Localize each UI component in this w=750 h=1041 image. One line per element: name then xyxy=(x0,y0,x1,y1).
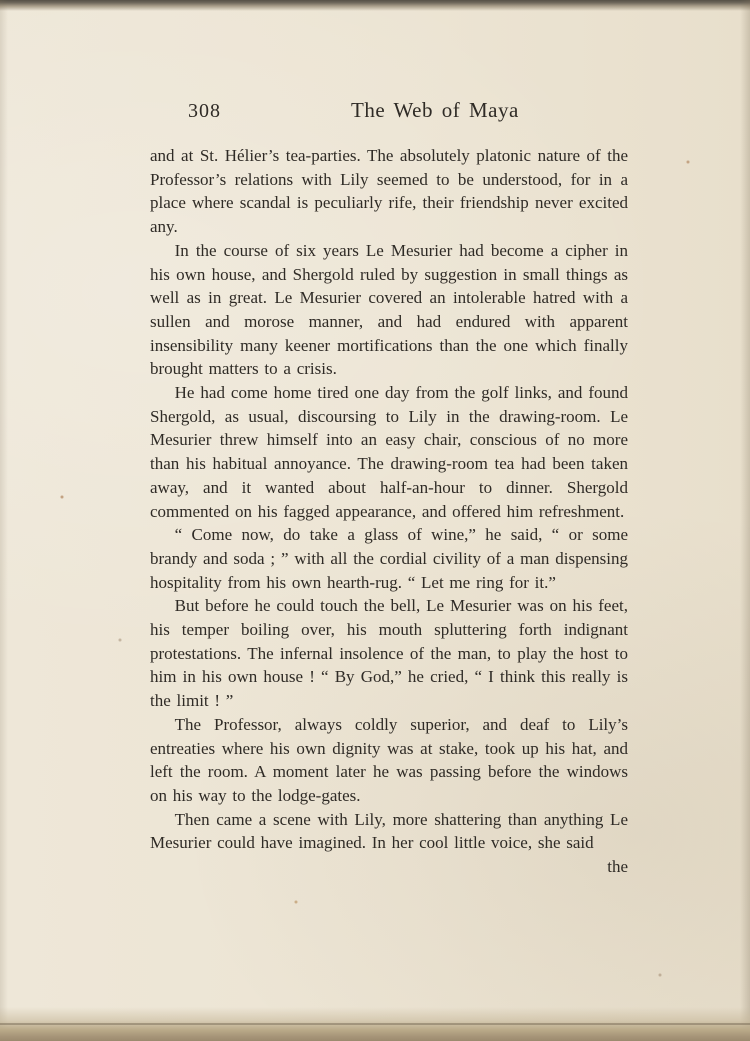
paragraphs-container: and at St. Hélier’s tea-parties. The abs… xyxy=(150,144,628,855)
paragraph: He had come home tired one day from the … xyxy=(150,381,628,523)
paragraph: In the course of six years Le Mesurier h… xyxy=(150,239,628,381)
scan-edge-bottom xyxy=(0,1007,750,1041)
page-header: 308 The Web of Maya xyxy=(150,98,628,130)
paragraph: “ Come now, do take a glass of wine,” he… xyxy=(150,523,628,594)
scan-edge-right xyxy=(740,0,750,1041)
catchword: the xyxy=(150,855,628,879)
scan-edge-left xyxy=(0,0,8,1041)
paragraph: The Professor, always coldly superior, a… xyxy=(150,713,628,808)
page-number: 308 xyxy=(188,100,221,123)
paragraph: Then came a scene with Lily, more shatte… xyxy=(150,808,628,855)
scanned-book-page: 308 The Web of Maya and at St. Hélier’s … xyxy=(0,0,750,1041)
page-content: 308 The Web of Maya and at St. Hélier’s … xyxy=(150,98,628,879)
paragraph: and at St. Hélier’s tea-parties. The abs… xyxy=(150,144,628,239)
running-title: The Web of Maya xyxy=(351,98,519,123)
text-block: and at St. Hélier’s tea-parties. The abs… xyxy=(150,144,628,879)
scan-edge-top xyxy=(0,0,750,11)
paragraph: But before he could touch the bell, Le M… xyxy=(150,594,628,713)
